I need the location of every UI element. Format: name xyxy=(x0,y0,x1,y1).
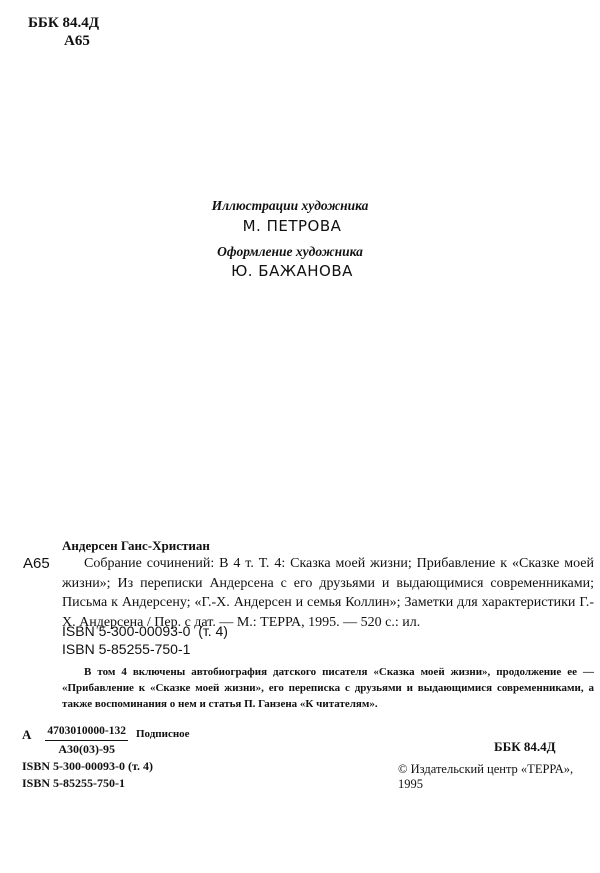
catalog-author: Андерсен Ганс-Христиан xyxy=(62,538,210,554)
illustrations-label: Иллюстрации художника xyxy=(0,198,590,214)
index-fraction: 4703010000-132 А30(03)-95 xyxy=(45,723,128,758)
index-numerator: 4703010000-132 xyxy=(45,723,128,741)
annotation: В том 4 включены автобиография датского … xyxy=(62,664,594,712)
illustrator-name: М. ПЕТРОВА xyxy=(0,217,592,235)
bbk-classification: ББК 84.4Д xyxy=(28,14,99,32)
catalog-description: Собрание сочинений: В 4 т. Т. 4: Сказка … xyxy=(62,554,594,632)
index-denominator: А30(03)-95 xyxy=(45,741,128,758)
subscription-label: Подписное xyxy=(136,726,190,743)
author-mark: А65 xyxy=(64,32,90,50)
footer-isbn-1: ISBN 5-300-00093-0 (т. 4) xyxy=(22,758,190,775)
catalog-isbn-2: ISBN 5-85255-750-1 xyxy=(62,640,228,658)
copyright-notice: © Издательский центр «ТЕРРА», 1995 xyxy=(398,762,600,792)
designer-name: Ю. БАЖАНОВА xyxy=(0,262,592,280)
design-label: Оформление художника xyxy=(0,244,590,260)
footer-isbn-2: ISBN 5-85255-750-1 xyxy=(22,775,190,792)
catalog-code: А65 xyxy=(23,555,50,572)
annotation-text: В том 4 включены автобиография датского … xyxy=(62,666,594,710)
catalog-isbn-block: ISBN 5-300-00093-0 (т. 4) ISBN 5-85255-7… xyxy=(62,622,228,658)
footer-bbk: ББК 84.4Д xyxy=(494,739,556,755)
index-letter: А xyxy=(22,726,31,743)
catalog-description-text: Собрание сочинений: В 4 т. Т. 4: Сказка … xyxy=(62,556,594,630)
publication-index-block: А 4703010000-132 А30(03)-95 Подписное IS… xyxy=(22,723,190,792)
catalog-isbn-1: ISBN 5-300-00093-0 (т. 4) xyxy=(62,622,228,640)
